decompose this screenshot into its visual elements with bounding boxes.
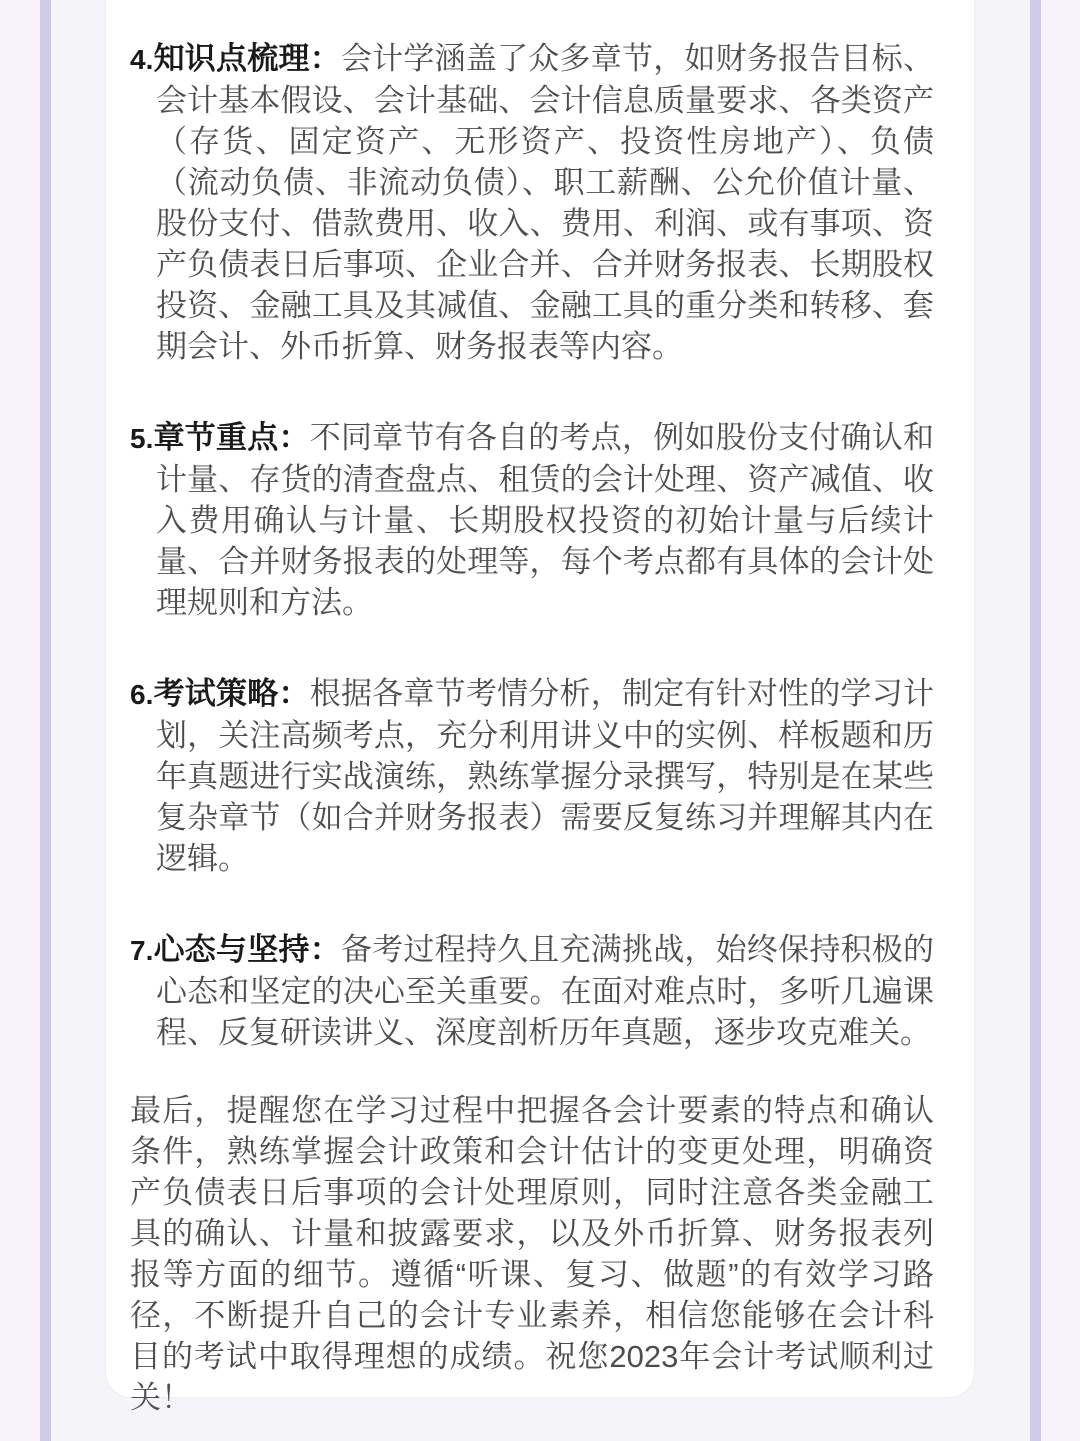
list-item-5: 5.章节重点：不同章节有各自的考点，例如股份支付确认和计量、存货的清查盘点、租赁… [130, 417, 934, 623]
right-accent-stripe [1030, 0, 1041, 1441]
list-item-6: 6.考试策略：根据各章节考情分析，制定有针对性的学习计划，关注高频考点，充分利用… [130, 673, 934, 879]
item-label: 心态与坚持： [153, 932, 341, 967]
list-item-4: 4.知识点梳理：会计学涵盖了众多章节，如财务报告目标、会计基本假设、会计基础、会… [130, 38, 934, 367]
list-item-7: 7.心态与坚持：备考过程持久且充满挑战，始终保持积极的心态和坚定的决心至关重要。… [130, 929, 934, 1053]
item-label: 考试策略： [153, 676, 309, 711]
closing-paragraph: 最后，提醒您在学习过程中把握各会计要素的特点和确认条件，熟练掌握会计政策和会计估… [130, 1090, 934, 1418]
item-text: 会计学涵盖了众多章节，如财务报告目标、会计基本假设、会计基础、会计信息质量要求、… [156, 41, 934, 364]
item-number: 6. [130, 679, 153, 710]
item-label: 章节重点： [153, 420, 309, 455]
item-label: 知识点梳理： [153, 41, 341, 76]
left-accent-stripe [40, 0, 51, 1441]
tips-list: 4.知识点梳理：会计学涵盖了众多章节，如财务报告目标、会计基本假设、会计基础、会… [130, 38, 934, 1053]
item-number: 7. [130, 935, 153, 966]
item-number: 4. [130, 44, 153, 75]
article-card: 4.知识点梳理：会计学涵盖了众多章节，如财务报告目标、会计基本假设、会计基础、会… [105, 0, 975, 1398]
item-number: 5. [130, 423, 153, 454]
